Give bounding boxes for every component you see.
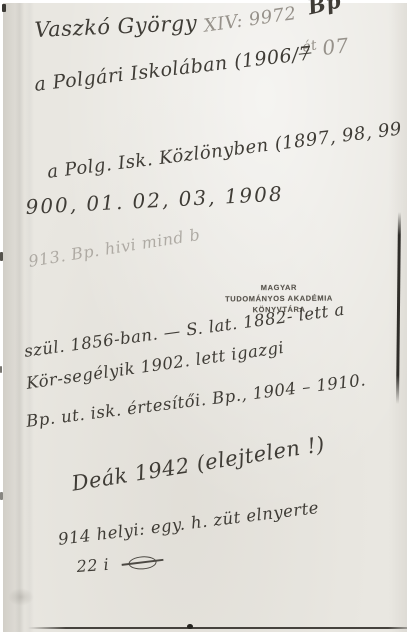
- scan-edge-mark: [0, 252, 3, 261]
- ink-dot: [187, 624, 193, 629]
- line-22-text: 22 i: [76, 555, 110, 576]
- pencil-correction-07: 07: [321, 33, 350, 60]
- page-bottom-edge: [28, 627, 407, 629]
- paper-crease: [25, 3, 34, 632]
- paper-crease: [15, 3, 24, 632]
- scan-edge-mark: [0, 366, 2, 373]
- scan-corner-mark: [2, 4, 6, 12]
- paper-smudge: [8, 588, 34, 606]
- struck-digit: 7: [298, 42, 313, 65]
- scan-edge-mark: [0, 492, 3, 500]
- scanned-catalog-card: Vaszkó György XIV: 9972 Bp ét a Polgári …: [0, 0, 410, 642]
- crossed-oval-mark: [128, 555, 157, 570]
- catalog-city: Bp: [306, 0, 344, 19]
